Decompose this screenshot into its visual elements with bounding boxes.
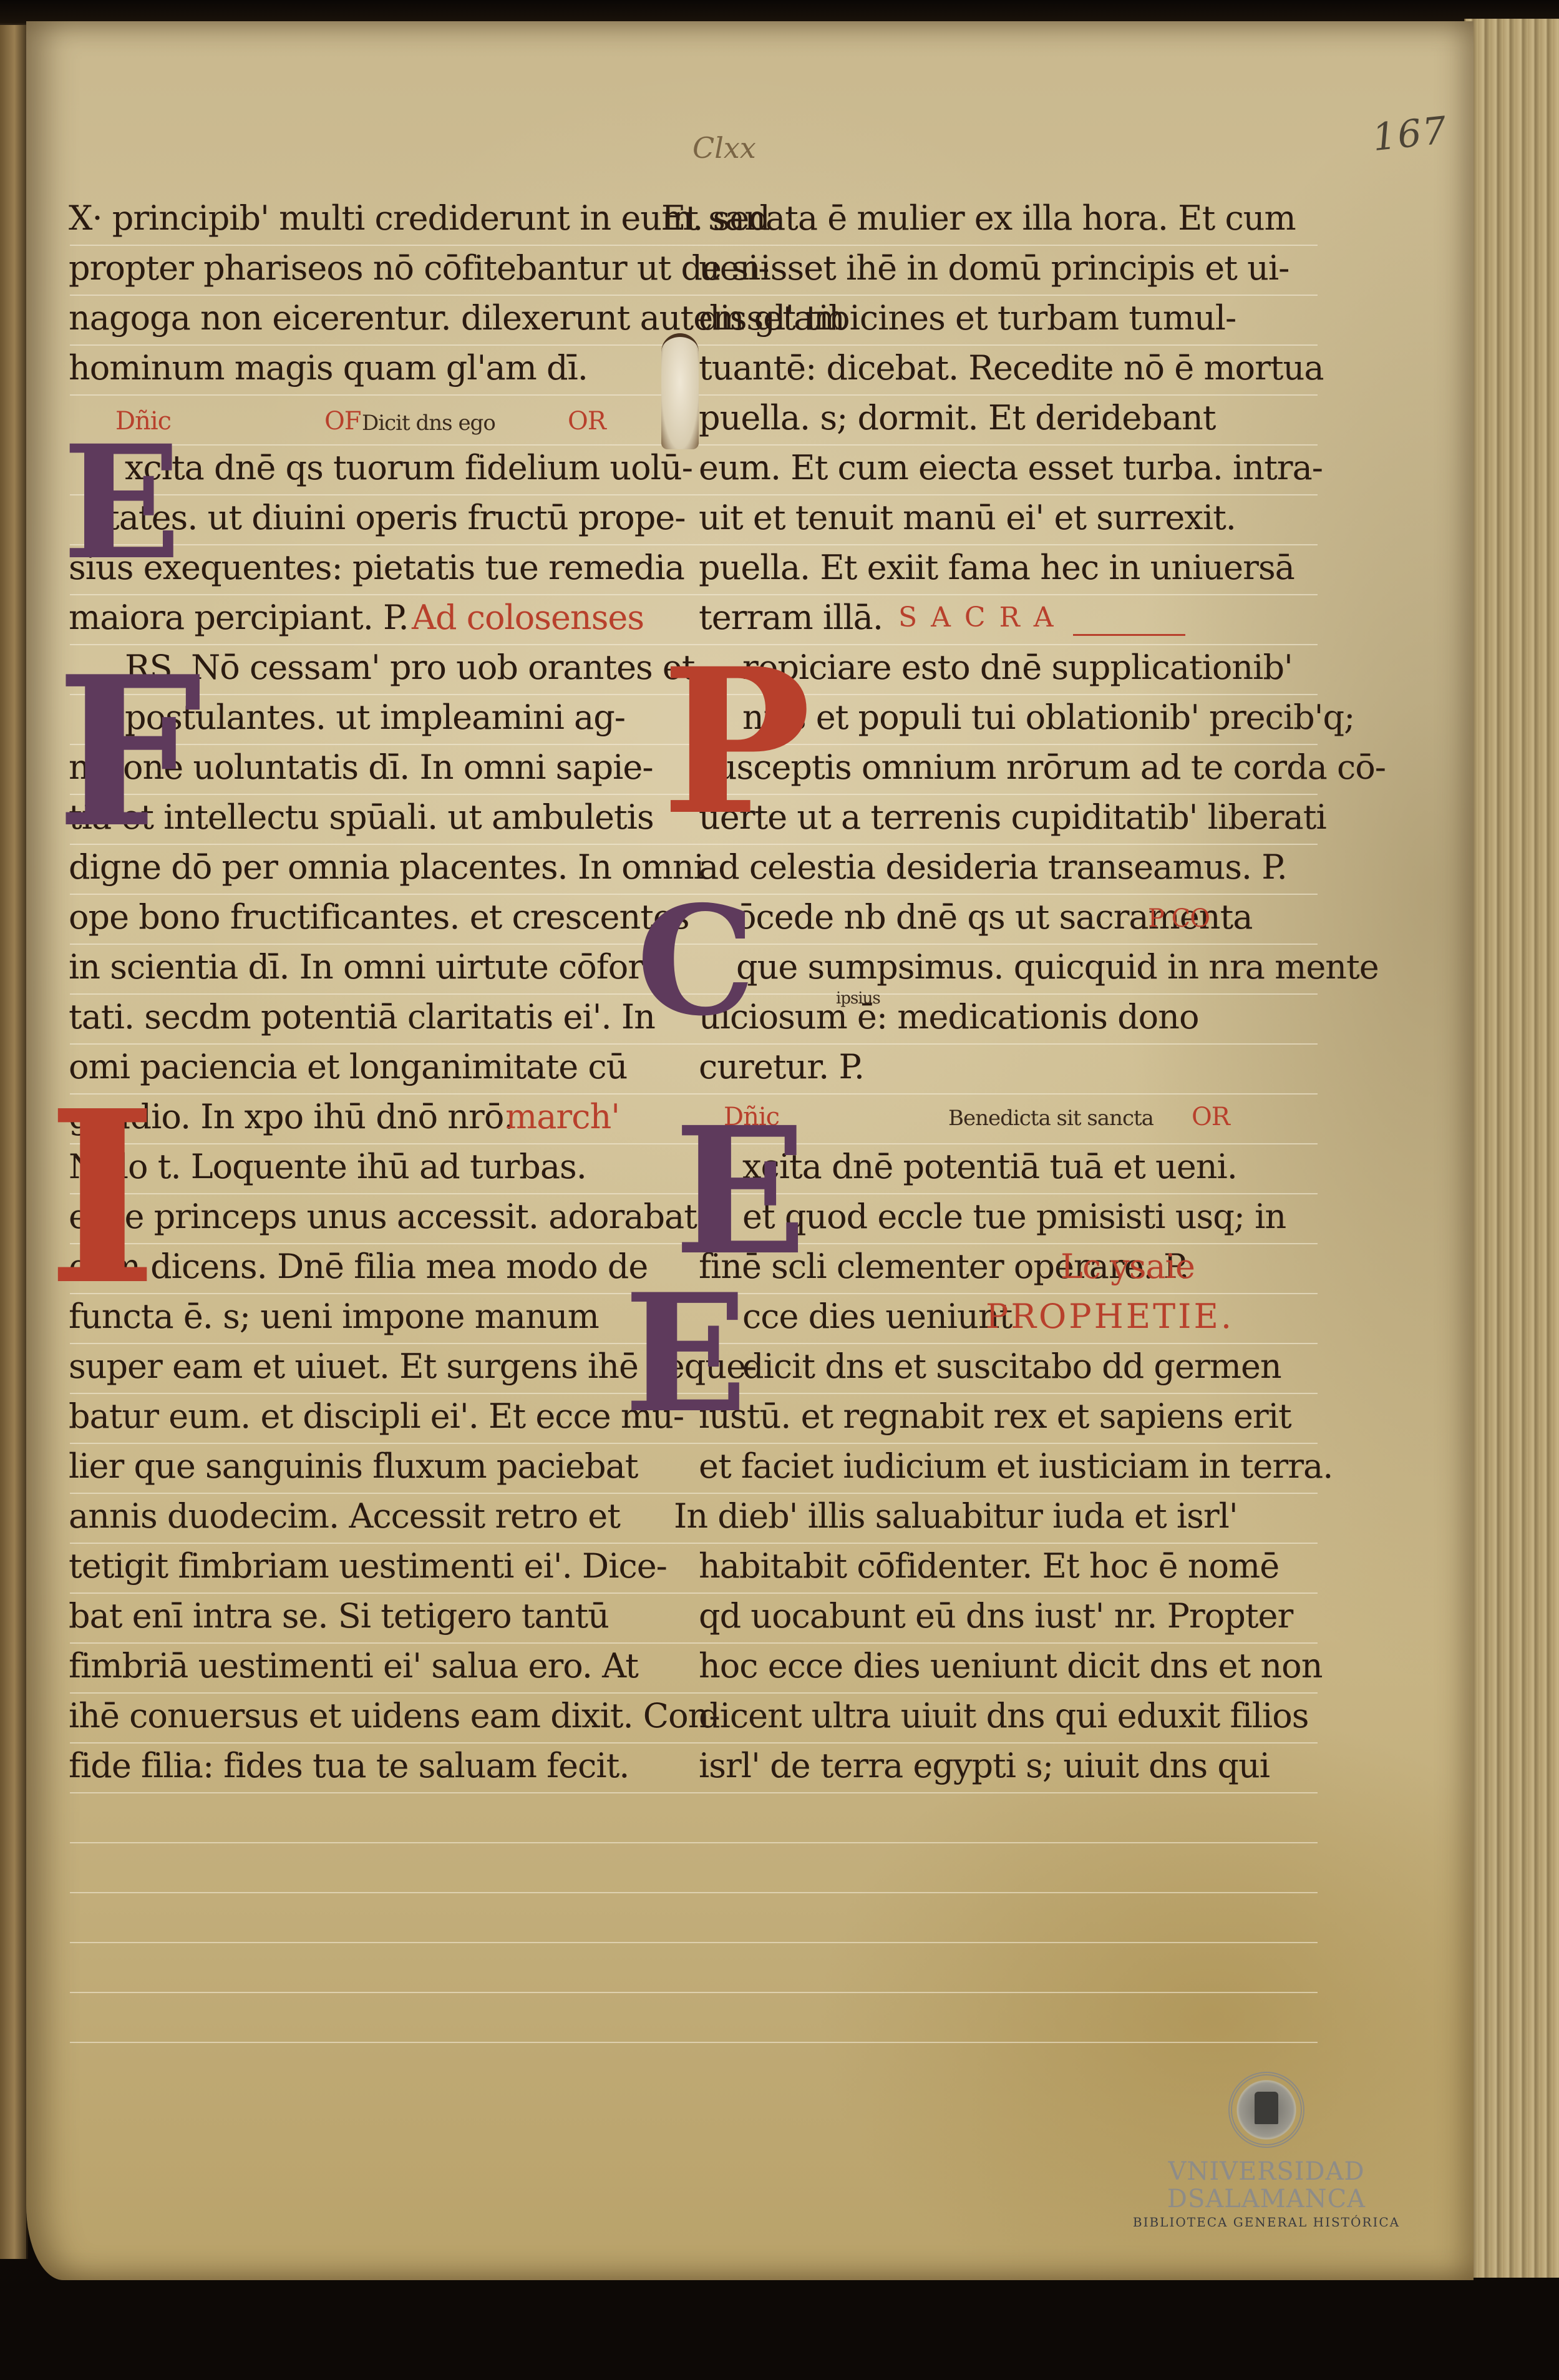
text-line: xcita dnē potentiā tuā et ueni. [742,1148,1237,1186]
text-line: xcita dnē qs tuorum fidelium uolū- [125,449,692,487]
text-line: hoc ecce dies ueniunt dicit dns et non [699,1647,1322,1685]
text-line: et faciet iudicium et iusticiam in terra… [699,1448,1333,1485]
text-line: fide filia: fides tua te saluam fecit. [69,1747,629,1785]
text-line: annis duodecim. Accessit retro et [69,1498,620,1535]
ruling-line [70,245,1318,246]
text-line: ropiciare esto dnē supplicationib' [742,649,1293,686]
rubric-oratio: OR [568,402,606,440]
text-line: hominum magis quam gl'am dī. [69,349,588,387]
binding-gutter [0,25,28,2259]
text-line: curetur. P. [699,1048,864,1086]
offertory-incipit: Dicit dns ego [362,404,495,442]
initial-P-red: P [661,643,812,842]
ruling-line [70,494,1318,495]
ruling-line [70,1892,1318,1893]
initial-F-purple: F [56,649,202,855]
rubric-ad-colosenses: Ad colosenses [412,599,644,636]
page-fore-edge [1464,19,1559,2278]
watermark-university: VNIVERSIDAD [1123,2158,1410,2185]
parchment-hole [661,333,699,449]
text-line: tetigit fimbriam uestimenti ei'. Dice- [69,1548,667,1585]
ruling-line [70,2042,1318,2043]
ruling-line [70,1642,1318,1644]
university-seal-icon [1228,2072,1304,2148]
text-line: tati. secdm potentiā claritatis ei'. In [69,998,655,1036]
text-line: qd uocabunt eū dns iust' nr. Propter [699,1597,1293,1635]
ruling-line [70,1942,1318,1943]
initial-E-purple: E [674,1105,807,1279]
ruling-line [70,1792,1318,1793]
initial-E-purple: E [624,1273,747,1435]
text-line: uiciosum ē: medicationis dono [699,998,1198,1036]
text-line: et quod eccle tue pmisisti usq; in [742,1198,1286,1236]
text-line: In dieb' illis saluabitur iuda et isrl' [674,1498,1238,1535]
text-line: uit et tenuit manū ei' et surrexit. [699,499,1236,537]
text-line: puella. Et exiit fama hec in uniuersā [699,549,1294,587]
text-line: bat enī intra se. Si tetigero tantū [69,1597,609,1635]
watermark-city: DSALAMANCA [1123,2185,1410,2213]
text-line: propter phariseos nō cōfitebantur ut de … [69,250,769,287]
text-line: lier que sanguinis fluxum paciebat [69,1448,638,1485]
ruling-line [70,1842,1318,1843]
text-line: dicent ultra uiuit dns qui eduxit filios [699,1697,1308,1735]
text-line: tuantē: dicebat. Recedite nō ē mortua [699,349,1324,387]
ruling-line [70,544,1318,545]
text-line: isrl' de terra egypti s; uiuit dns qui [699,1747,1270,1785]
rubric-postcommunio: P CO [1148,900,1210,937]
text-line: ope bono fructificantes. et crescentes [69,899,689,936]
text-line: fimbriā uestimenti ei' salua ero. At [69,1647,638,1685]
ruling-line [70,1493,1318,1494]
text-line: iustū. et regnabit rex et sapiens erit [699,1398,1291,1435]
rubric-offertory: OF [324,402,361,440]
quire-mark: Clxx [692,131,756,165]
offertory-incipit: Benedicta sit sancta [948,1100,1153,1137]
rubric-prophetie: PROPHETIE. [986,1298,1234,1335]
ruling-line [70,1992,1318,1993]
folio-number: 167 [1371,109,1450,160]
text-line: disset tibicines et turbam tumul- [699,300,1236,337]
rubric-lectio-ysaie: Lc ysaie [1061,1248,1195,1285]
text-line: Et sanata ē mulier ex illa hora. Et cum [661,200,1296,237]
text-line: in scientia dī. In omni uirtute cōfor- [69,949,654,986]
rubric-marcus: march' [505,1098,619,1136]
library-watermark: VNIVERSIDAD DSALAMANCA BIBLIOTECA GENERA… [1123,2072,1410,2231]
text-line: ecce princeps unus accessit. adorabat [69,1198,697,1236]
text-line: nrīs et populi tui oblationib' precib'q; [742,699,1354,736]
text-line: dicit dns et suscitabo dd germen [742,1348,1281,1385]
text-line: batur eum. et discipli ei'. Et ecce mu- [69,1398,684,1435]
initial-E-purple: E [62,424,182,580]
ruling-line [70,594,1318,595]
text-line: uenisset ihē in domū principis et ui- [699,250,1289,287]
watermark-library: BIBLIOTECA GENERAL HISTÓRICA [1123,2213,1410,2231]
ruling-line [70,1692,1318,1694]
text-line: cce dies ueniunt [742,1298,1012,1335]
rubric-secreta: SACRA [898,599,1067,636]
text-line: habitabit cōfidenter. Et hoc ē nomē [699,1548,1279,1585]
text-line: puella. s; dormit. Et deridebant [699,399,1216,437]
text-line: eum. Et cum eiecta esset turba. intra- [699,449,1323,487]
ruling-line [70,1742,1318,1744]
ruling-line [70,1592,1318,1594]
rubric-underline [1073,634,1185,636]
ruling-line [70,295,1318,296]
initial-I-red: I [47,1080,158,1317]
text-line: tates. ut diuini operis fructū prope- [106,499,685,537]
initial-C-purple: C [636,886,755,1036]
text-line: ihē conuersus et uidens eam dixit. Con- [69,1697,720,1735]
rubric-oratio: OR [1192,1098,1230,1136]
ruling-line [70,1543,1318,1544]
text-line: que sumpsimus. quicquid in nra mente [736,949,1379,986]
text-line: RS. Nō cessam' pro uob orantes et [125,649,695,686]
